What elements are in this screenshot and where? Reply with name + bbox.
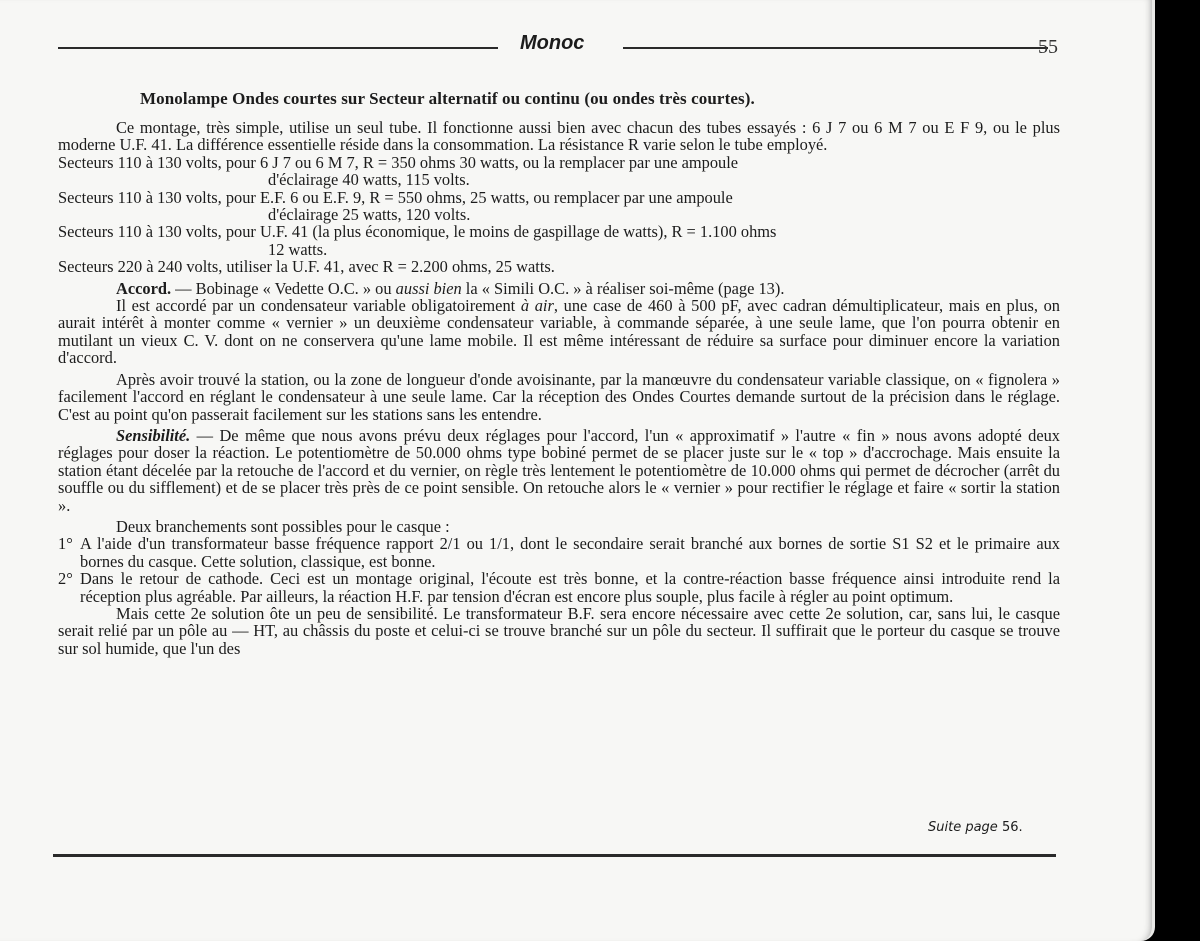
sensibilite-heading: Sensibilité.: [116, 426, 190, 445]
accord-detail-paragraph: Il est accordé par un condensateur varia…: [58, 297, 1060, 367]
continuation-label: Suite page: [928, 820, 998, 835]
sensibilite-paragraph: Sensibilité. — De même que nous avons pr…: [58, 427, 1060, 514]
accord-paragraph: Accord. — Bobinage « Vedette O.C. » ou a…: [58, 280, 1060, 297]
footer-rule: [53, 854, 1056, 857]
casque-closing-paragraph: Mais cette 2e solution ôte un peu de sen…: [58, 605, 1060, 657]
continuation-page: 56.: [1002, 820, 1023, 835]
spec-line-3-cont: 12 watts.: [58, 241, 1060, 258]
header-rule-left: [58, 47, 498, 49]
header-rule-right: [623, 47, 1048, 49]
spec-line-2-cont: d'éclairage 25 watts, 120 volts.: [58, 206, 1060, 223]
casque-option-1: 1° A l'aide d'un transformateur basse fr…: [58, 535, 1060, 570]
book-page: Monoc 55 Monolampe Ondes courtes sur Sec…: [0, 0, 1155, 941]
tuning-paragraph: Après avoir trouvé la station, ou la zon…: [58, 371, 1060, 423]
accord-detail-italic: à air: [521, 296, 554, 315]
option-text: Dans le retour de cathode. Ceci est un m…: [80, 570, 1060, 605]
continuation-note: Suite page 56.: [928, 820, 1023, 835]
spec-line-3: Secteurs 110 à 130 volts, pour U.F. 41 (…: [58, 223, 1060, 240]
accord-text-a: — Bobinage « Vedette O.C. » ou: [171, 279, 396, 298]
running-title: Monoc: [520, 32, 584, 55]
article-body: Ce montage, très simple, utilise un seul…: [58, 119, 1060, 657]
sensibilite-text: — De même que nous avons prévu deux régl…: [58, 426, 1060, 515]
spec-line-4: Secteurs 220 à 240 volts, utiliser la U.…: [58, 258, 1060, 275]
intro-paragraph: Ce montage, très simple, utilise un seul…: [58, 119, 1060, 154]
accord-detail-a: Il est accordé par un condensateur varia…: [116, 296, 521, 315]
option-number: 2°: [58, 570, 80, 605]
spec-line-1: Secteurs 110 à 130 volts, pour 6 J 7 ou …: [58, 154, 1060, 171]
page-number: 55: [1038, 36, 1058, 59]
spec-line-1-cont: d'éclairage 40 watts, 115 volts.: [58, 171, 1060, 188]
casque-intro: Deux branchements sont possibles pour le…: [58, 518, 1060, 535]
accord-heading: Accord.: [116, 279, 171, 298]
section-title: Monolampe Ondes courtes sur Secteur alte…: [140, 89, 755, 109]
spec-line-2: Secteurs 110 à 130 volts, pour E.F. 6 ou…: [58, 189, 1060, 206]
casque-option-2: 2° Dans le retour de cathode. Ceci est u…: [58, 570, 1060, 605]
option-number: 1°: [58, 535, 80, 570]
accord-text-b: la « Simili O.C. » à réaliser soi-même (…: [462, 279, 785, 298]
accord-text-italic: aussi bien: [396, 279, 462, 298]
page-header: Monoc 55: [58, 30, 1068, 62]
option-text: A l'aide d'un transformateur basse fréqu…: [80, 535, 1060, 570]
